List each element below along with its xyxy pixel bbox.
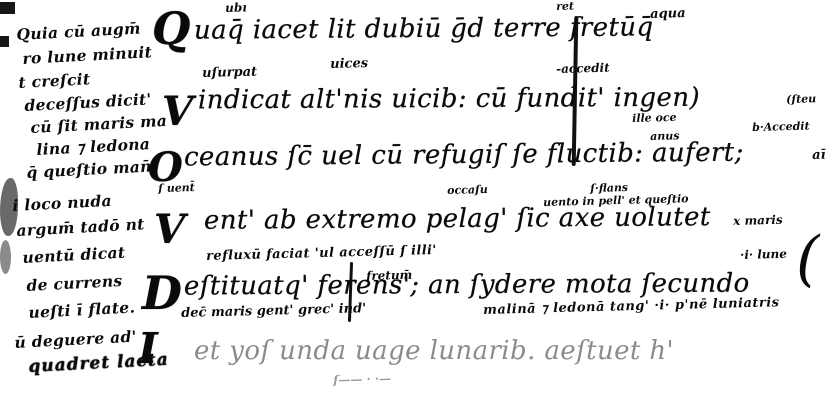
verse-line: uaq̄ iacet lit dubiū ḡd terre fretūq̄	[194, 12, 654, 45]
interlinear-gloss: ret	[556, 0, 574, 13]
faded-fragment: ſ—— · ·—	[333, 371, 391, 387]
versal-initial: Q	[152, 8, 190, 52]
margin-gloss-line: i loco nuda	[12, 191, 112, 215]
versal-initial: V	[154, 210, 185, 250]
versal-initial: D	[142, 270, 182, 316]
margin-gloss-line: de currens	[26, 271, 123, 295]
interlinear-gloss: anus	[650, 129, 680, 143]
ink-blot	[0, 240, 11, 274]
interlinear-gloss: aqua	[650, 6, 686, 22]
ink-blot	[0, 2, 15, 14]
margin-gloss-line: Quia cū augm̄	[16, 18, 141, 43]
manuscript-page: Quia cū augm̄ ro lune minuit t creſcit d…	[0, 0, 832, 395]
interlinear-gloss: -accedit	[556, 61, 610, 76]
margin-gloss-line: q̄ queſtio man̄	[26, 156, 152, 182]
verse-line: eſtituatq' ferens'; an ſydere mota ſecun…	[184, 269, 750, 302]
interlinear-gloss: occaſu	[447, 183, 488, 197]
interlinear-gloss: ſ·flans	[590, 181, 628, 195]
margin-gloss-line: lina ⁊ ledona	[36, 134, 151, 159]
interlinear-gloss: ſ uent̄	[158, 181, 195, 195]
right-margin-gloss: ·i· lune	[740, 247, 787, 262]
interlinear-gloss: ubı	[225, 0, 247, 15]
versal-initial: V	[162, 92, 193, 132]
right-margin-gloss: aī	[812, 148, 826, 163]
verse-line: indicat alt'nis uicib: cū fundit' ingen)	[198, 83, 700, 116]
interlinear-gloss: fretum̄	[366, 268, 412, 283]
interlinear-gloss: dec̄ maris gent' grec' ind'	[181, 301, 366, 321]
margin-gloss-line: cū ſit maris ma	[30, 111, 168, 137]
interlinear-gloss: uices	[330, 56, 368, 72]
right-margin-gloss: b·Accedit	[752, 119, 810, 133]
margin-gloss-line: ueſti ī flate.	[28, 297, 136, 322]
margin-gloss-line: ū deguere ad'	[14, 327, 137, 352]
versal-initial: I	[138, 328, 158, 370]
margin-gloss-line: deceſſus dicit'	[24, 89, 152, 115]
verse-line-faded: et yoſ unda uage lunarib. aeſtuet h'	[194, 336, 674, 366]
interlinear-gloss: refluxū faciat 'ul acceſſū ſ illi'	[206, 243, 437, 264]
interlinear-gloss: x maris	[733, 213, 783, 228]
margin-gloss-line: argum̄ tadō nt	[16, 214, 145, 240]
margin-brace: (	[796, 224, 819, 294]
verse-line: ceanus ſc̄ uel cū refugiſ ſe fluctib: au…	[184, 138, 744, 173]
verse-line: ent' ab extremo pelag' ſic axe uolutet	[204, 202, 711, 236]
margin-gloss-line: uentū dicat	[22, 243, 126, 267]
interlinear-gloss: uſurpat	[202, 65, 257, 81]
right-margin-gloss: (ſteu	[786, 92, 816, 106]
margin-gloss-line: ro lune minuit	[22, 42, 152, 68]
margin-gloss-line: t creſcit	[18, 69, 91, 92]
ink-blot	[0, 36, 9, 47]
interlinear-gloss: ille oce	[632, 111, 677, 125]
